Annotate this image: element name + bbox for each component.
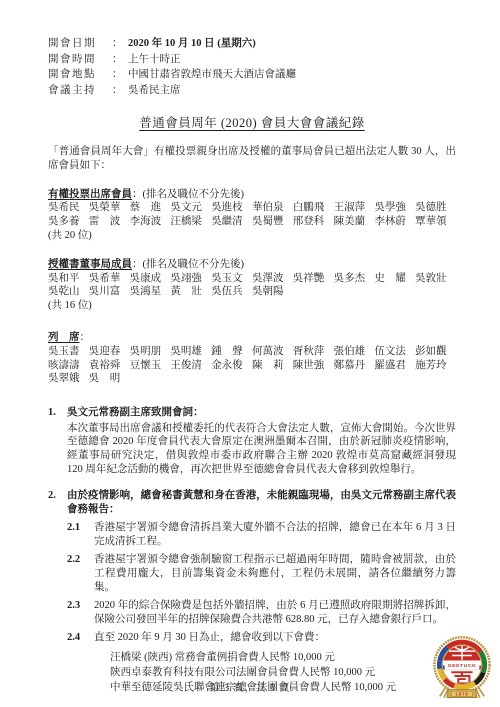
attendee-name: 吳敦壯 <box>415 272 456 286</box>
donation-line: 汪橋梁 (陝西) 常務會董例捐會費人民幣 10,000 元 <box>110 650 456 665</box>
attendee-row: 吳翠娥吳 明 <box>48 372 456 386</box>
attendee-name: 羅盛君 <box>374 359 415 373</box>
attendee-name: 吳榮華 <box>89 201 130 215</box>
group-voting-members: 有權投票出席會員：(排名及職位不分先後) 吳希民吳榮華蔡 進吳文元吳進枝華伯泉白… <box>48 188 456 243</box>
group-count: (共 20 位) <box>48 229 456 243</box>
agenda-item-2: 2. 由於疫情影响，總會秘書黃慧和身在香港，未能親臨現場，由吳文元常務副主席代表… <box>48 489 456 516</box>
attendee-name: 吳 明 <box>89 372 130 386</box>
subitem-2-1: 2.1 香港屋宇署頒令總會清拆昌業大廈外牆不合法的招牌，總會已在本年 6 月 3… <box>67 521 456 548</box>
attendee-name: 吳繼清 <box>211 215 252 229</box>
attendee-name: 吳多杰 <box>334 272 375 286</box>
meta-colon: ： <box>112 52 128 68</box>
attendee-name: 施芳玲 <box>415 359 456 373</box>
attendee-name: 胥秋萍 <box>293 345 334 359</box>
attendee-name: 華伯泉 <box>252 201 293 215</box>
group-count: (共 16 位) <box>48 299 456 313</box>
seal-org-text: GEETUCK <box>448 663 477 669</box>
attendee-row: 吳玉書吳迎春吳明朋吳明雄鍾 聲何萬波胥秋萍張伯雄伍文法彭如觀 <box>48 345 456 359</box>
subitem-2-4: 2.4 直至 2020 年 9 月 30 日為止，總會收到以下會費： <box>67 631 456 645</box>
attendee-name: 汪橋梁 <box>170 215 211 229</box>
attendee-name: 吳迎春 <box>89 345 130 359</box>
attendee-name: 鍾 聲 <box>211 345 252 359</box>
attendee-row: 吳和平吳希華吳康成吳翊強吳玉文吳澤波吳祥艷吳多杰史 耀吳敦壯 <box>48 272 456 286</box>
group-proxy-members: 授權書董事局成員：(排名及職位不分先後) 吳和平吳希華吳康成吳翊強吳玉文吳澤波吳… <box>48 258 456 313</box>
group-observers: 列 席： 吳玉書吳迎春吳明朋吳明雄鍾 聲何萬波胥秋萍張伯雄伍文法彭如觀 咳濤濤袁… <box>48 331 456 386</box>
item-heading: 由於疫情影响，總會秘書黃慧和身在香港，未能親臨現場，由吳文元常務副主席代表會務報… <box>67 489 456 516</box>
attendee-name: 吳多養 <box>48 215 89 229</box>
subitem-text: 2020 年的綜合保險費是包括外牆招牌，由於 6 月已遵照政府限期將招牌拆卸，保… <box>94 599 456 626</box>
attendee-name: 吳和平 <box>48 272 89 286</box>
attendee-name: 李林蔚 <box>374 215 415 229</box>
attendee-name: 吳明雄 <box>170 345 211 359</box>
attendee-name: 何萬波 <box>252 345 293 359</box>
document-page: 開會日期 ： 2020 年 10 月 10 日 (星期六) 開會時間 ： 上午十… <box>0 0 500 707</box>
attendee-name: 吳希華 <box>89 272 130 286</box>
attendee-row: 吳希民吳榮華蔡 進吳文元吳進枝華伯泉白鵬飛王淑萍吳學強吳德胜 <box>48 201 456 215</box>
attendee-name: 吳澤波 <box>252 272 293 286</box>
attendee-name: 彭如觀 <box>415 345 456 359</box>
attendee-name: 吳明朋 <box>130 345 171 359</box>
attendee-name: 張伯雄 <box>334 345 375 359</box>
attendee-name: 陳世強 <box>293 359 334 373</box>
meta-row-time: 開會時間 ： 上午十時正 <box>48 52 456 68</box>
seal-year-text: 1879 <box>455 692 468 697</box>
group-heading-row: 列 席： <box>48 331 456 345</box>
attendee-name: 王淑萍 <box>334 201 375 215</box>
attendee-name: 金永俊 <box>211 359 252 373</box>
attendee-name: 伍文法 <box>374 345 415 359</box>
group-note: ： <box>80 332 91 343</box>
intro-paragraph: 「普通會員周年大會」有權投票親身出席及授權的董事局會員已超出法定人數 30 人，… <box>48 145 456 172</box>
attendee-name: 蔡 進 <box>130 201 171 215</box>
attendee-name: 吳蜀豐 <box>252 215 293 229</box>
subitem-text: 香港屋宇署頒令總會強制驗窗工程指示已超過兩年時間，隨時會被罰款，由於工程費用龐大… <box>94 553 456 594</box>
attendee-name: 袁裕舜 <box>89 359 130 373</box>
attendee-name: 吳希民 <box>48 201 89 215</box>
attendee-name: 鄭慕丹 <box>334 359 375 373</box>
attendee-name: 李海波 <box>130 215 171 229</box>
meta-colon: ： <box>112 36 128 52</box>
subitem-number: 2.4 <box>67 631 94 645</box>
attendee-name: 吳康成 <box>130 272 171 286</box>
attendee-name: 吳川富 <box>89 285 130 299</box>
attendee-name: 覃華領 <box>415 215 456 229</box>
subitem-number: 2.3 <box>67 599 94 626</box>
meta-label: 會議主持 <box>48 83 112 99</box>
attendee-name: 王俊清 <box>170 359 211 373</box>
attendee-name: 黃 壯 <box>170 285 211 299</box>
attendee-name: 吳玉書 <box>48 345 89 359</box>
subitem-2-2: 2.2 香港屋宇署頒令總會強制驗窗工程指示已超過兩年時間，隨時會被罰款，由於工程… <box>67 553 456 594</box>
attendee-name: 吳伍兵 <box>211 285 252 299</box>
attendee-name: 咳濤濤 <box>48 359 89 373</box>
attendee-row: 吳多養雷 波李海波汪橋梁吳繼清吳蜀豐邢登科陳美蘭李林蔚覃華領 <box>48 215 456 229</box>
meta-row-date: 開會日期 ： 2020 年 10 月 10 日 (星期六) <box>48 36 456 52</box>
meta-value: 吳希民主席 <box>128 83 456 99</box>
attendee-name: 陳美蘭 <box>334 215 375 229</box>
group-heading: 列 席 <box>48 332 80 343</box>
meta-label: 開會時間 <box>48 52 112 68</box>
attendee-name: 雷 波 <box>89 215 130 229</box>
donation-line: 陝西卓泰教育科技有限公司法團會員會費人民幣 10,000 元 <box>110 665 456 680</box>
attendee-name: 邢登科 <box>293 215 334 229</box>
attendee-name: 陳 莉 <box>252 359 293 373</box>
attendee-name: 吳學強 <box>374 201 415 215</box>
meta-colon: ： <box>112 83 128 99</box>
meta-label: 開會日期 <box>48 36 112 52</box>
subitem-text: 香港屋宇署頒令總會清拆昌業大廈外牆不合法的招牌，總會已在本年 6 月 3 日完成… <box>94 521 456 548</box>
geetuck-seal: GEETUCK 1879 <box>431 635 493 707</box>
subitem-number: 2.2 <box>67 553 94 594</box>
meta-value: 上午十時正 <box>128 52 456 68</box>
meta-value: 2020 年 10 月 10 日 (星期六) <box>128 36 456 52</box>
agenda-item-1: 1. 吳文元常務副主席致開會詞： <box>48 406 456 420</box>
item-number: 1. <box>48 406 67 420</box>
subitem-2-3: 2.3 2020 年的綜合保險費是包括外牆招牌，由於 6 月已遵照政府限期將招牌… <box>67 599 456 626</box>
attendee-name: 吳朝陽 <box>252 285 293 299</box>
page-title-text: 普通會員周年 (2020) 會員大會會議紀錄 <box>139 116 365 130</box>
attendee-name: 吳祥艷 <box>293 272 334 286</box>
subitem-number: 2.1 <box>67 521 94 548</box>
attendee-name: 吳玉文 <box>211 272 252 286</box>
page-footer: 第 3 頁，共 5 頁 <box>0 679 500 694</box>
item-heading: 吳文元常務副主席致開會詞： <box>67 406 456 420</box>
attendee-name: 吳鴻星 <box>130 285 171 299</box>
attendee-name: 吳翊強 <box>170 272 211 286</box>
meta-value: 中國甘肅省敦煌市飛天大酒店會議廳 <box>128 67 456 83</box>
subitem-text: 直至 2020 年 9 月 30 日為止，總會收到以下會費： <box>94 631 456 645</box>
meta-row-chair: 會議主持 ： 吳希民主席 <box>48 83 456 99</box>
group-heading: 授權書董事局成員 <box>48 259 132 270</box>
meta-row-venue: 開會地點 ： 中國甘肅省敦煌市飛天大酒店會議廳 <box>48 67 456 83</box>
attendee-name: 吳乾山 <box>48 285 89 299</box>
group-note: ：(排名及職位不分先後) <box>132 189 244 200</box>
attendee-name: 吳文元 <box>170 201 211 215</box>
group-note: ：(排名及職位不分先後) <box>132 259 244 270</box>
meta-colon: ： <box>112 67 128 83</box>
attendee-name: 史 耀 <box>374 272 415 286</box>
item-number: 2. <box>48 489 67 516</box>
group-heading: 有權投票出席會員 <box>48 189 132 200</box>
group-heading-row: 有權投票出席會員：(排名及職位不分先後) <box>48 188 456 202</box>
document-content: 開會日期 ： 2020 年 10 月 10 日 (星期六) 開會時間 ： 上午十… <box>48 36 456 695</box>
item-body: 本次董事局出席會議和授權委托的代表符合大會法定人數，宣佈大會開始。今次世界至德總… <box>67 422 456 476</box>
attendee-name: 豆懷玉 <box>130 359 171 373</box>
group-heading-row: 授權書董事局成員：(排名及職位不分先後) <box>48 258 456 272</box>
attendee-row: 咳濤濤袁裕舜豆懷玉王俊清金永俊陳 莉陳世強鄭慕丹羅盛君施芳玲 <box>48 359 456 373</box>
attendee-name: 吳德胜 <box>415 201 456 215</box>
attendee-row: 吳乾山吳川富吳鴻星黃 壯吳伍兵吳朝陽 <box>48 285 456 299</box>
attendee-name: 白鵬飛 <box>293 201 334 215</box>
meeting-meta: 開會日期 ： 2020 年 10 月 10 日 (星期六) 開會時間 ： 上午十… <box>48 36 456 98</box>
meta-label: 開會地點 <box>48 67 112 83</box>
attendee-name: 吳進枝 <box>211 201 252 215</box>
page-title: 普通會員周年 (2020) 會員大會會議紀錄 <box>48 113 456 131</box>
attendee-name: 吳翠娥 <box>48 372 89 386</box>
